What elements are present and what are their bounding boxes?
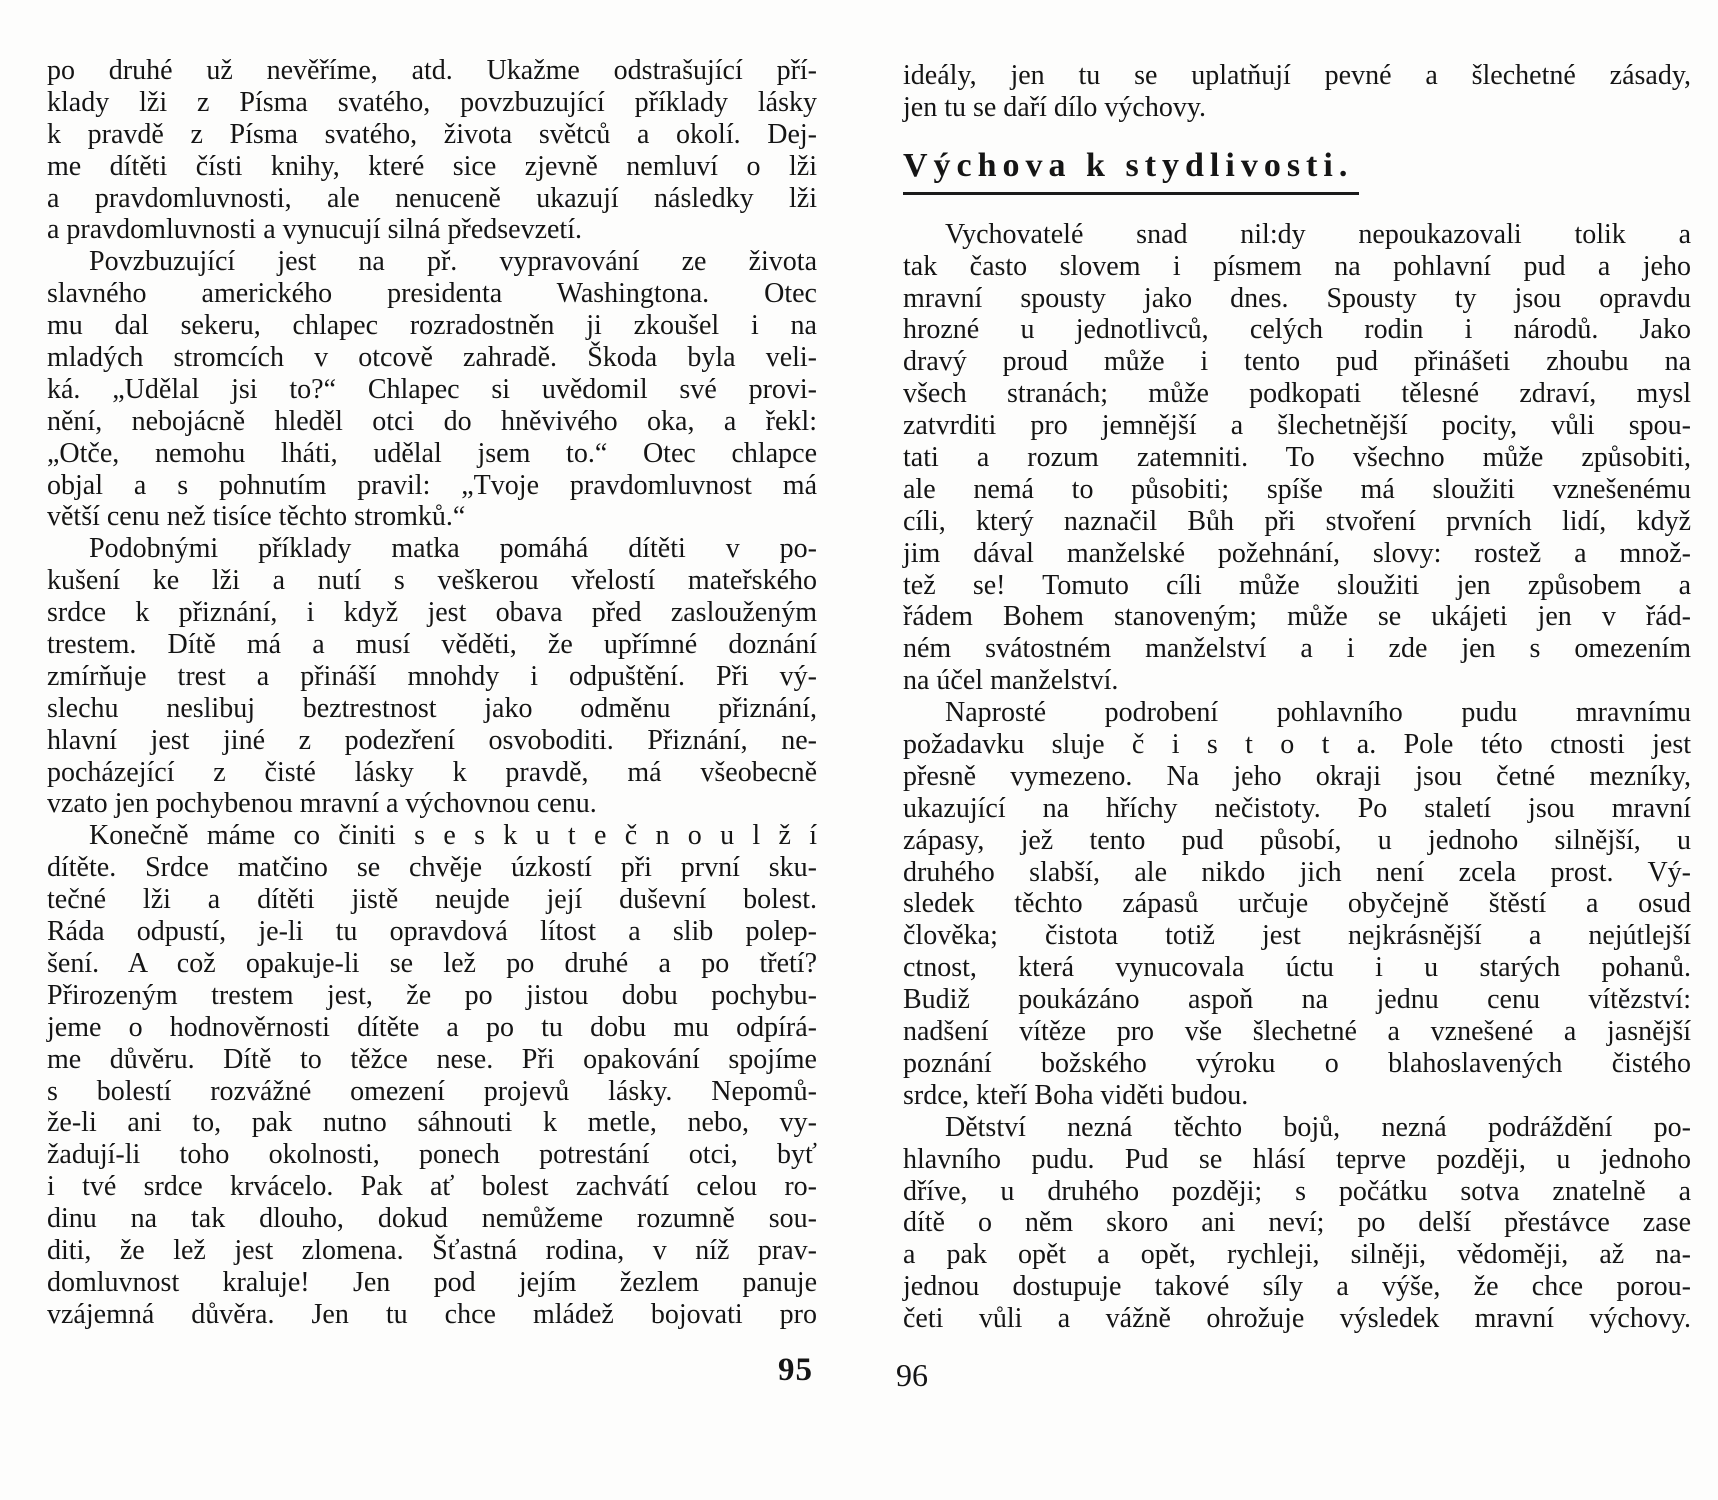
text-line: kušení ke lži a nutí s veškerou vřelostí… [47, 565, 817, 597]
text-line: slechu neslibuj beztrestnost jako odměnu… [47, 693, 817, 725]
text-line: me důvěru. Dítě to těžce nese. Při opako… [47, 1044, 817, 1076]
text-line: dinu na tak dlouho, dokud nemůžeme rozum… [47, 1203, 817, 1235]
section-heading-row: Výchova k stydlivosti. [903, 146, 1691, 195]
text-line: dravý proud může i tento pud přinášeti z… [903, 346, 1691, 378]
page-95-column: po druhé už nevěříme, atd. Ukažme odstra… [47, 55, 817, 1331]
text-line: pocházející z čisté lásky k pravdě, má v… [47, 757, 817, 789]
text-line: poznání božského výroku o blahoslavených… [903, 1048, 1691, 1080]
text-line: vzájemná důvěra. Jen tu chce mládež bojo… [47, 1299, 817, 1331]
text-line: že-li ani to, pak nutno sáhnouti k metle… [47, 1107, 817, 1139]
text-line: Přirozeným trestem jest, že po jistou do… [47, 980, 817, 1012]
book-spread: po druhé už nevěříme, atd. Ukažme odstra… [0, 0, 1718, 1500]
text-line: dítě o něm skoro ani neví; po delší přes… [903, 1207, 1691, 1239]
text-line: mravní spousty jako dnes. Spousty ty jso… [903, 283, 1691, 315]
text-line: jim dával manželské požehnání, slovy: ro… [903, 538, 1691, 570]
text-line: Povzbuzující jest na př. vypravování ze … [47, 246, 817, 278]
text-line: druhého slabší, ale nikdo jich není zcel… [903, 857, 1691, 889]
text-line: Ráda odpustí, je-li tu opravdová lítost … [47, 916, 817, 948]
text-line: mladých stromcích v otcově zahradě. Škod… [47, 342, 817, 374]
text-line: srdce k přiznání, i když jest obava před… [47, 597, 817, 629]
text-line: tež se! Tomuto cíli může sloužiti jen zp… [903, 570, 1691, 602]
text-line: ctnost, která vynucovala úctu i u starýc… [903, 952, 1691, 984]
text-line: vzato jen pochybenou mravní a výchovnou … [47, 788, 817, 820]
page-96-intro-text: ideály, jen tu se uplatňují pevné a šlec… [903, 60, 1691, 124]
text-line: zápasy, jež tento pud působí, u jednoho … [903, 825, 1691, 857]
text-line: četi vůli a vážně ohrožuje výsledek mrav… [903, 1303, 1691, 1335]
text-line: a pravdomluvnosti, ale nenuceně ukazují … [47, 183, 817, 215]
text-line: přesně vymezeno. Na jeho okraji jsou čet… [903, 761, 1691, 793]
text-line: člověka; čistota totiž jest nejkrásnější… [903, 920, 1691, 952]
text-line: i tvé srdce krvácelo. Pak ať bolest zach… [47, 1171, 817, 1203]
text-line: dříve, u druhého později; s počátku sotv… [903, 1176, 1691, 1208]
text-line: diti, že lež jest zlomena. Šťastná rodin… [47, 1235, 817, 1267]
text-line: Podobnými příklady matka pomáhá dítěti v… [47, 533, 817, 565]
text-line: Naprosté podrobení pohlavního pudu mravn… [903, 697, 1691, 729]
text-line: ném svátostném manželství a i zde jen s … [903, 633, 1691, 665]
page-number-95: 95 [778, 1352, 813, 1389]
text-line: šení. A což opakuje-li se lež po druhé a… [47, 948, 817, 980]
text-line: a pak opět a opět, rychleji, silněji, vě… [903, 1239, 1691, 1271]
text-line: a pravdomluvnosti a vynucují silná předs… [47, 214, 817, 246]
text-line: Budiž poukázáno aspoň na jednu cenu vítě… [903, 984, 1691, 1016]
text-line: cíli, který naznačil Bůh při stvoření pr… [903, 506, 1691, 538]
text-line: ká. „Udělal jsi to?“ Chlapec si uvědomil… [47, 374, 817, 406]
text-line: nadšení vítěze pro vše šlechetné a vzneš… [903, 1016, 1691, 1048]
text-line: požadavku sluje č i s t o t a. Pole této… [903, 729, 1691, 761]
section-heading: Výchova k stydlivosti. [903, 146, 1359, 195]
page-95-text: po druhé už nevěříme, atd. Ukažme odstra… [47, 55, 817, 1331]
text-line: na účel manželství. [903, 665, 1691, 697]
text-line: Dětství nezná těchto bojů, nezná podrážd… [903, 1112, 1691, 1144]
text-line: domluvnost kraluje! Jen pod jejím žezlem… [47, 1267, 817, 1299]
text-line: trestem. Dítě má a musí věděti, že upřím… [47, 629, 817, 661]
text-line: s bolestí rozvážné omezení projevů lásky… [47, 1076, 817, 1108]
text-line: hrozné u jednotlivců, celých rodin i nár… [903, 314, 1691, 346]
text-line: ale nemá to působiti; spíše má sloužiti … [903, 474, 1691, 506]
text-line: ukazující na hříchy nečistoty. Po stalet… [903, 793, 1691, 825]
text-line: srdce, kteří Boha viděti budou. [903, 1080, 1691, 1112]
text-line: všech stranách; může podkopati tělesné z… [903, 378, 1691, 410]
text-line: mu dal sekeru, chlapec rozradostněn ji z… [47, 310, 817, 342]
page-number-96: 96 [896, 1357, 928, 1394]
text-line: jeme o hodnověrnosti dítěte a po tu dobu… [47, 1012, 817, 1044]
text-line: hlavní jest jiné z podezření osvoboditi.… [47, 725, 817, 757]
text-line: tečné lži a dítěti jistě neujde její duš… [47, 884, 817, 916]
text-line: ideály, jen tu se uplatňují pevné a šlec… [903, 60, 1691, 92]
text-line: jen tu se daří dílo výchovy. [903, 92, 1691, 124]
text-line: zmírňuje trest a přináší mnohdy i odpušt… [47, 661, 817, 693]
page-96-body-text: Vychovatelé snad nil:dy nepoukazovali to… [903, 219, 1691, 1335]
text-line: nění, nebojácně hleděl otci do hněvivého… [47, 406, 817, 438]
text-line: po druhé už nevěříme, atd. Ukažme odstra… [47, 55, 817, 87]
text-line: slavného amerického presidenta Washingto… [47, 278, 817, 310]
page-96-column: ideály, jen tu se uplatňují pevné a šlec… [903, 60, 1691, 1335]
text-line: k pravdě z Písma svatého, života světců … [47, 119, 817, 151]
text-line: žadují-li toho okolnosti, ponech potrest… [47, 1139, 817, 1171]
text-line: zatvrditi pro jemnější a šlechetnější po… [903, 410, 1691, 442]
text-line: me dítěti čísti knihy, které sice zjevně… [47, 151, 817, 183]
text-line: hlavního pudu. Pud se hlásí teprve pozdě… [903, 1144, 1691, 1176]
text-line: sledek těchto zápasů určuje obyčejně ště… [903, 888, 1691, 920]
text-line: řádem Bohem stanoveným; může se ukájeti … [903, 601, 1691, 633]
text-line: tak často slovem i písmem na pohlavní pu… [903, 251, 1691, 283]
text-line: Konečně máme co činiti s e s k u t e č n… [47, 820, 817, 852]
text-line: větší cenu než tisíce těchto stromků.“ [47, 501, 817, 533]
text-line: Vychovatelé snad nil:dy nepoukazovali to… [903, 219, 1691, 251]
text-line: dítěte. Srdce matčino se chvěje úzkostí … [47, 852, 817, 884]
text-line: tati a rozum zatemniti. To všechno může … [903, 442, 1691, 474]
text-line: „Otče, nemohu lháti, udělal jsem to.“ Ot… [47, 438, 817, 470]
text-line: objal a s pohnutím pravil: „Tvoje pravdo… [47, 470, 817, 502]
text-line: jednou dostupuje takové síly a výše, že … [903, 1271, 1691, 1303]
text-line: klady lži z Písma svatého, povzbuzující … [47, 87, 817, 119]
